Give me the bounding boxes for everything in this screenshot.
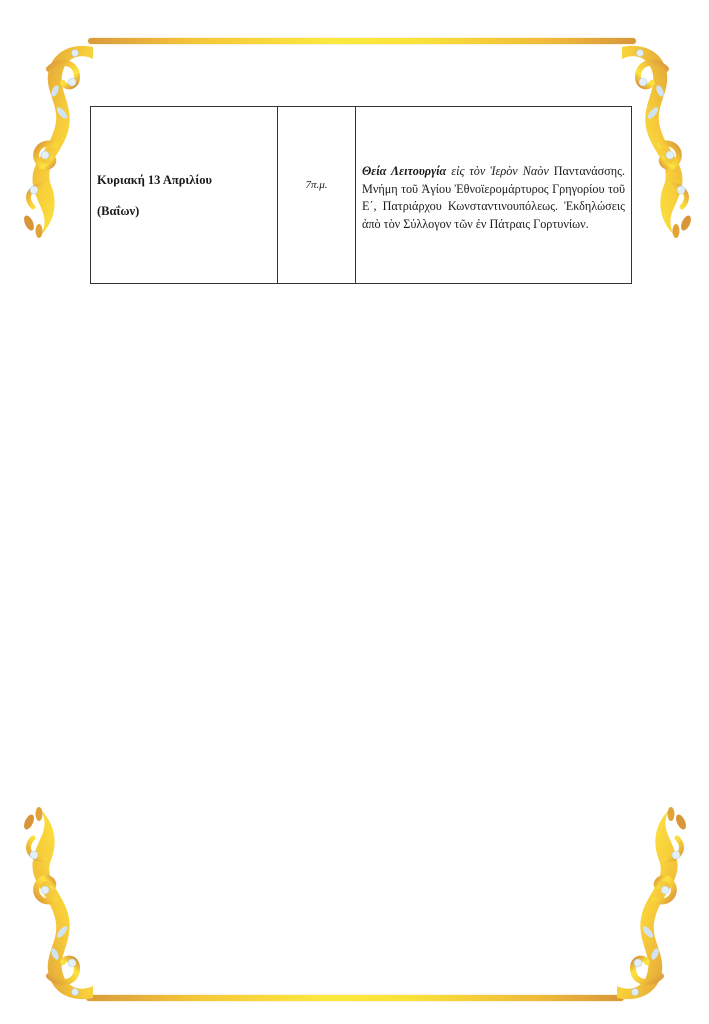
description-cell: Θεία Λειτουργία εἰς τὸν Ἱερὸν Ναὸν Παντα… — [356, 107, 632, 284]
schedule-table: Κυριακή 13 Απριλίου (Βαΐων) 7π.μ. Θεία Λ… — [90, 106, 632, 284]
flourish-ornament-icon — [15, 800, 105, 1010]
table-row: Κυριακή 13 Απριλίου (Βαΐων) 7π.μ. Θεία Λ… — [91, 107, 632, 284]
time-label: 7π.μ. — [278, 179, 355, 191]
date-cell: Κυριακή 13 Απριλίου (Βαΐων) — [91, 107, 278, 284]
date-label: Κυριακή 13 Απριλίου — [97, 172, 277, 188]
event-title: Θεία Λειτουργία — [362, 164, 446, 178]
feast-label: (Βαΐων) — [97, 203, 277, 219]
bottom-gold-border — [86, 995, 624, 1001]
patriarch-text: Πατριάρχου Κωνσταντινουπόλεως. — [383, 199, 565, 213]
event-location-prefix: εἰς τὸν Ἱερὸν Ναὸν — [446, 164, 553, 178]
top-gold-border — [88, 38, 636, 44]
time-cell: 7π.μ. — [278, 107, 356, 284]
church-name: Παντανάσσης. — [554, 164, 625, 178]
flourish-ornament-icon — [605, 800, 695, 1010]
